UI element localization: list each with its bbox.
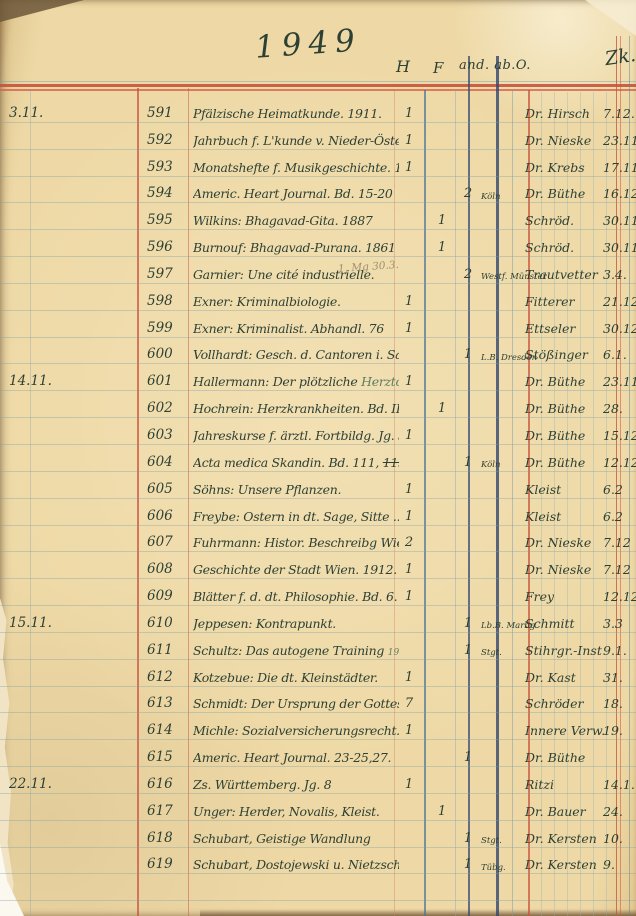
ledger-row: 15.11. 610 Jeppesen: Kontrapunkt. 1 Lb.B… [0,606,636,633]
entry-title-text: Schubart, Geistige Wandlung [193,831,371,846]
entry-number: 593 [147,159,191,175]
borrower-name: Dr. Kersten [525,831,597,846]
column-header-f: F [433,59,443,77]
count-h: 1 [397,133,421,148]
entry-title: Americ. Heart Journal. 23-25,27. [193,750,391,765]
entry-date: 22.11. [9,776,67,792]
entry-number: 595 [147,212,191,228]
borrower-name: Fitterer [525,294,574,309]
entry-number: 607 [147,534,191,550]
borrower-name: Kleist [525,482,561,497]
entry-title-text: Exner: Kriminalbiologie. [193,294,341,309]
entry-title-text: Söhns: Unsere Pflanzen. [193,482,341,497]
entry-title-text: Monatshefte f. Musikgeschichte. 1897/98 [193,160,399,175]
count-h: 1 [397,482,421,497]
borrower-name: Dr. Krebs [525,160,585,175]
column-header-h: H [396,57,410,76]
count-f: 1 [431,804,453,819]
count-other: 1 [458,455,478,470]
entry-number: 600 [147,346,191,362]
entry-title-text: Geschichte der Stadt Wien. 1912. [193,562,397,577]
entry-title-text: Kotzebue: Die dt. Kleinstädter. [193,670,378,685]
borrower-name: Dr. Büthe [525,374,585,389]
entry-title: Zs. Württemberg. Jg. 8 [193,777,331,792]
return-date: 30.11 [603,213,636,228]
borrower-name: Dr. Kast [525,670,576,685]
entry-title-text: Freybe: Ostern in dt. Sage, Sitte ... [193,509,399,524]
count-h: 1 [397,589,421,604]
entry-title-text: Wilkins: Bhagavad-Gita. 1887 [193,213,373,228]
borrower-name: Dr. Nieske [525,562,591,577]
borrower-name: Trautvetter [525,267,598,282]
ledger-row: 22.11. 616 Zs. Württemberg. Jg. 8 1 Ritz… [0,767,636,794]
return-date: 19. [603,723,636,738]
entry-number: 613 [147,695,191,711]
entry-title: Monatshefte f. Musikgeschichte. 1897/98 [193,160,399,175]
rows-container: 3.11. 591 Pfälzische Heimatkunde. 1911. … [0,96,636,901]
ledger-row: 596 Burnouf: Bhagavad-Purana. 1861 1 Sch… [0,230,636,257]
entry-number: 611 [147,642,191,658]
return-date: 6.2 [603,482,636,497]
header-rule-red-thick [0,84,636,87]
ledger-row: 619 Schubart, Dostojewski u. Nietzsche 1… [0,848,636,875]
ledger-row: 14.11. 601 Hallermann: Der plötzliche He… [0,364,636,391]
entry-title-light: Herztod. [361,374,399,389]
entry-title: Fuhrmann: Histor. Beschreibg Wiens. [193,535,399,550]
count-h: 2 [397,535,421,550]
ledger-row: 606 Freybe: Ostern in dt. Sage, Sitte ..… [0,499,636,526]
column-header-zk: Zk. [604,44,636,70]
struck-volumes: 119,126 [383,455,399,470]
count-other: 1 [458,857,478,872]
count-h: 1 [397,294,421,309]
entry-title-text: Blätter f. d. dt. Philosophie. Bd. 6. [193,589,397,604]
borrower-name: Schröd. [525,240,574,255]
entry-number: 615 [147,749,191,765]
entry-title-text: Schubart, Dostojewski u. Nietzsche [193,857,399,872]
entry-number: 612 [147,669,191,685]
entry-title-text: Hochrein: Herzkrankheiten. Bd. II. [193,401,399,416]
entry-title: Exner: Kriminalbiologie. [193,294,341,309]
entry-number: 608 [147,561,191,577]
count-h: 7 [397,696,421,711]
ledger-row: 615 Americ. Heart Journal. 23-25,27. 1 D… [0,740,636,767]
borrower-name: Dr. Kersten [525,857,597,872]
return-date: 14.1. [603,777,636,792]
entry-title: Kotzebue: Die dt. Kleinstädter. [193,670,378,685]
entry-number: 598 [147,293,191,309]
return-date: 23.11 [603,133,636,148]
ledger-row: 607 Fuhrmann: Histor. Beschreibg Wiens. … [0,526,636,553]
ledger-row: 594 Americ. Heart Journal. Bd. 15-20 2 K… [0,177,636,204]
entry-title: Hochrein: Herzkrankheiten. Bd. II. [193,401,399,416]
entry-title-text: Unger: Herder, Novalis, Kleist. [193,804,380,819]
borrower-name: Dr. Büthe [525,186,585,201]
count-other: 1 [458,347,478,362]
borrower-name: Frey [525,589,554,604]
entry-number: 597 [147,266,191,282]
ledger-row [0,874,636,901]
entry-title-text: Jahreskurse f. ärztl. Fortbildg. Jg. 32 [193,428,399,443]
count-other: 2 [458,267,478,282]
header-rule-blue [0,81,636,82]
entry-number: 604 [147,454,191,470]
entry-place: Köln [481,193,525,202]
entry-title: Jahreskurse f. ärztl. Fortbildg. Jg. 32 [193,428,399,443]
ledger-row: 605 Söhns: Unsere Pflanzen. 1 Kleist 6.2 [0,472,636,499]
count-f: 1 [431,240,453,255]
entry-title-text: Fuhrmann: Histor. Beschreibg Wiens. [193,535,399,550]
return-date: 24. [603,804,636,819]
borrower-name: Ritzi [525,777,554,792]
borrower-name: Ettseler [525,321,575,336]
count-other: 1 [458,750,478,765]
entry-title: Schubart, Geistige Wandlung [193,831,371,846]
entry-number: 614 [147,722,191,738]
entry-title-text: Hallermann: Der plötzliche [193,374,361,389]
count-h: 1 [397,374,421,389]
entry-title: Jeppesen: Kontrapunkt. [193,616,336,631]
entry-date: 15.11. [9,615,67,631]
entry-number: 591 [147,105,191,121]
entry-title: Schmidt: Der Ursprung der Gottesidee. [193,696,399,711]
scan-corner-light [574,0,636,36]
borrower-name: Stihrgr.-Inst [525,643,602,658]
entry-title: Exner: Kriminalist. Abhandl. 76 [193,321,384,336]
count-h: 1 [397,777,421,792]
entry-place: Stgt. [481,649,525,658]
entry-title-text: Exner: Kriminalist. Abhandl. 76 [193,321,384,336]
entry-number: 594 [147,185,191,201]
ledger-row: 614 Michle: Sozialversicherungsrecht. 1 … [0,713,636,740]
entry-place: Westf. Münster [481,273,525,282]
borrower-name: Kleist [525,509,561,524]
borrower-name: Stößinger [525,347,588,362]
borrower-name: Dr. Bauer [525,804,586,819]
ledger-row: 600 Vollhardt: Gesch. d. Cantoren i. Sac… [0,338,636,365]
count-h: 1 [397,723,421,738]
entry-title: Hallermann: Der plötzliche Herztod. [193,374,399,389]
ledger-row: 613 Schmidt: Der Ursprung der Gottesidee… [0,687,636,714]
borrower-name: Innere Verw. [525,723,605,738]
ledger-row: 604 Acta medica Skandin. Bd. 111, 119,12… [0,445,636,472]
count-h: 1 [397,160,421,175]
return-date: 6.1. [603,347,636,362]
entry-number: 610 [147,615,191,631]
borrower-name: Dr. Nieske [525,535,591,550]
ledger-row: 608 Geschichte der Stadt Wien. 1912. 1 D… [0,552,636,579]
borrower-name: Dr. Büthe [525,428,585,443]
borrower-name: Dr. Büthe [525,455,585,470]
ledger-row: 612 Kotzebue: Die dt. Kleinstädter. 1 Dr… [0,660,636,687]
return-date: 30.12 [603,321,636,336]
entry-title-text: Jahrbuch f. L'kunde v. Nieder-Österreich… [193,133,399,148]
entry-number: 602 [147,400,191,416]
entry-title-text: Vollhardt: Gesch. d. Cantoren i. Sachsen… [193,347,399,362]
count-f: 1 [431,401,453,416]
count-h: 1 [397,670,421,685]
ledger-row: 593 Monatshefte f. Musikgeschichte. 1897… [0,150,636,177]
entry-title: Vollhardt: Gesch. d. Cantoren i. Sachsen… [193,347,399,362]
return-date: 9.1. [603,643,636,658]
count-h: 1 [397,321,421,336]
entry-title-text: Burnouf: Bhagavad-Purana. 1861 [193,240,396,255]
return-date: 7.12 [603,535,636,550]
return-date: 21.12 [603,294,636,309]
entry-title: Pfälzische Heimatkunde. 1911. [193,106,382,121]
return-date: 10. [603,831,636,846]
borrower-name: Dr. Hirsch [525,106,590,121]
entry-title-text: Jeppesen: Kontrapunkt. [193,616,336,631]
count-other: 1 [458,831,478,846]
return-date: 15.12 [603,428,636,443]
ledger-row: 609 Blätter f. d. dt. Philosophie. Bd. 6… [0,579,636,606]
entry-title-text: Americ. Heart Journal. Bd. 15-20 [193,186,393,201]
entry-place: Tübg. [481,864,525,873]
entry-place: Köln [481,461,525,470]
count-other: 1 [458,616,478,631]
ledger-row: 618 Schubart, Geistige Wandlung 1 Stgt. … [0,821,636,848]
entry-title: Acta medica Skandin. Bd. 111, 119,126 [193,455,399,470]
count-other: 1 [458,643,478,658]
ledger-row: 592 Jahrbuch f. L'kunde v. Nieder-Österr… [0,123,636,150]
borrower-name: Schröder [525,696,584,711]
count-h: 1 [397,106,421,121]
return-date: 12.12 [603,455,636,470]
ledger-row: 3.11. 591 Pfälzische Heimatkunde. 1911. … [0,96,636,123]
return-date: 28. [603,401,636,416]
entry-title-text: Acta medica Skandin. Bd. 111, [193,455,383,470]
entry-number: 618 [147,830,191,846]
ledger-page: 1949 H F and. ab.O. Zk. 3.11. 591 Pfälzi… [0,0,636,916]
entry-title: Burnouf: Bhagavad-Purana. 1861 [193,240,396,255]
year-heading: 1949 [254,22,363,65]
count-h: 1 [397,428,421,443]
return-date: 9. [603,857,636,872]
entry-number: 599 [147,320,191,336]
ledger-row: 603 Jahreskurse f. ärztl. Fortbildg. Jg.… [0,418,636,445]
entry-number: 605 [147,481,191,497]
return-date: 17.11 [603,160,636,175]
entry-title: Blätter f. d. dt. Philosophie. Bd. 6. [193,589,397,604]
ledger-row: 602 Hochrein: Herzkrankheiten. Bd. II. 1… [0,391,636,418]
entry-number: 603 [147,427,191,443]
ledger-row: 598 Exner: Kriminalbiologie. 1 Fitterer … [0,284,636,311]
borrower-name: Schmitt [525,616,575,631]
ledger-row: 611 Schultz: Das autogene Training 1932+… [0,633,636,660]
count-f: 1 [431,213,453,228]
entry-title: Freybe: Ostern in dt. Sage, Sitte ... [193,509,399,524]
page-bottom-shadow [200,909,636,916]
count-other: 2 [458,186,478,201]
scan-corner-dark [0,0,84,22]
entry-title: Söhns: Unsere Pflanzen. [193,482,341,497]
entry-title-text: Pfälzische Heimatkunde. 1911. [193,106,382,121]
ledger-row: 617 Unger: Herder, Novalis, Kleist. 1 Dr… [0,794,636,821]
entry-title-text: Michle: Sozialversicherungsrecht. [193,723,399,738]
entry-number: 596 [147,239,191,255]
entry-title-text: Zs. Württemberg. Jg. 8 [193,777,331,792]
return-date: 7.12 [603,562,636,577]
added-year-note: 1932 [388,648,399,658]
borrower-name: Dr. Büthe [525,750,585,765]
count-h: 1 [397,509,421,524]
return-date: 7.12. [603,106,636,121]
entry-place: Lb.B. Marbg [481,622,525,631]
entry-title: Schubart, Dostojewski u. Nietzsche [193,857,399,872]
entry-number: 592 [147,132,191,148]
entry-title-text: Americ. Heart Journal. 23-25,27. [193,750,391,765]
return-date: 3.4. [603,267,636,282]
entry-title: Jahrbuch f. L'kunde v. Nieder-Österreich… [193,133,399,148]
ledger-row: 599 Exner: Kriminalist. Abhandl. 76 1 Et… [0,311,636,338]
entry-place: Stgt. [481,837,525,846]
entry-number: 609 [147,588,191,604]
borrower-name: Dr. Nieske [525,133,591,148]
return-date: 12.12 [603,589,636,604]
entry-title: Wilkins: Bhagavad-Gita. 1887 [193,213,373,228]
entry-number: 616 [147,776,191,792]
column-header-and: and. ab.O. [459,58,531,73]
return-date: 30.11. [603,240,636,255]
return-date: 31. [603,670,636,685]
entry-number: 619 [147,856,191,872]
return-date: 3.3 [603,616,636,631]
entry-title-text: Schmidt: Der Ursprung der Gottesidee. [193,696,399,711]
entry-title: Americ. Heart Journal. Bd. 15-20 [193,186,393,201]
count-h: 1 [397,562,421,577]
return-date: 6.2 [603,509,636,524]
borrower-name: Schröd. [525,213,574,228]
entry-place: L.B. Dresden [481,354,525,363]
entry-number: 606 [147,508,191,524]
return-date: 18. [603,696,636,711]
entry-title-text: Schultz: Das autogene Training [193,643,388,658]
entry-title: Michle: Sozialversicherungsrecht. [193,723,399,738]
entry-title: Geschichte der Stadt Wien. 1912. [193,562,397,577]
entry-date: 14.11. [9,373,67,389]
entry-number: 601 [147,373,191,389]
entry-number: 617 [147,803,191,819]
return-date: 16.12 [603,186,636,201]
entry-title: Unger: Herder, Novalis, Kleist. [193,804,380,819]
header-rule-red-thin [0,89,636,91]
entry-title: Schultz: Das autogene Training 1932+ Üb.… [193,643,399,658]
borrower-name: Dr. Büthe [525,401,585,416]
ledger-row: 597 Garnier: Une cité industrielle. 2 We… [0,257,636,284]
return-date: 23.11 [603,374,636,389]
entry-date: 3.11. [9,105,67,121]
ledger-row: 595 Wilkins: Bhagavad-Gita. 1887 1 Schrö… [0,203,636,230]
